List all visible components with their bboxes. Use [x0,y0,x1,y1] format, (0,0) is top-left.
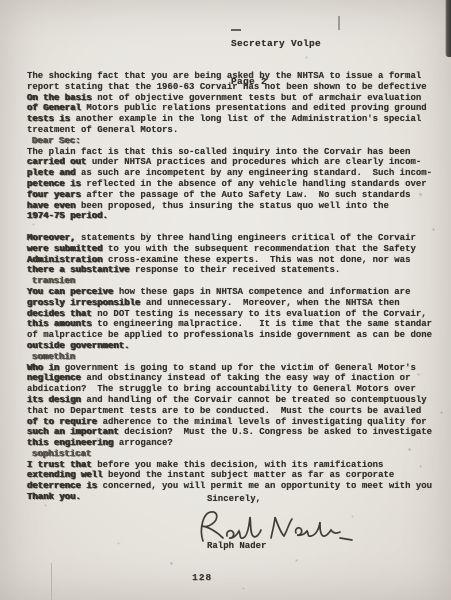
letter-line: Who in government is going to stand up f… [27,363,451,374]
closing-sincerely: Sincerely, [207,494,261,505]
letter-line: report stating that the 1960-63 Corvair … [27,82,451,93]
letter-line: its design and handling of the Corvair c… [27,395,451,406]
line-text: beyond the instant subject matter as far… [103,470,395,480]
ghost-line: somethin [32,352,451,363]
line-text: how these gaps in NHTSA competence and i… [113,287,410,297]
blank-line [27,222,451,233]
line-lead-overstrike: grossly irresponsible [27,298,140,308]
line-text: statements by three handling engineers c… [76,233,416,243]
line-lead-overstrike: extending well [27,470,103,480]
letter-line: were submitted to you with the subsequen… [27,244,451,255]
line-text: and obstinancy instead of taking the eas… [81,373,410,383]
letter-line: there a substantive response to their re… [27,265,451,276]
underline-mark [231,29,241,31]
line-text: report stating that the 1960-63 Corvair … [27,82,427,92]
line-lead-overstrike: of General [27,103,81,113]
line-text: treatment of General Motors. [27,125,178,135]
letter-line: this amounts to engineering malpractice.… [27,319,451,330]
scan-noise-specks [0,0,1,1]
line-text: and handling of the Corvair cannot be tr… [81,395,427,405]
line-lead-overstrike: this engineering [27,438,113,448]
letter-line: negligence and obstinancy instead of tak… [27,373,451,384]
line-text: to engineering malpractice. It is time t… [92,319,432,329]
letter-line: 1974-75 period. [27,211,451,222]
line-lead-overstrike: this amounts [27,319,92,329]
letter-line: plete and as such are incompetent by any… [27,168,451,179]
letter-line: You can perceive how these gaps in NHTSA… [27,287,451,298]
line-lead-overstrike: outside government. [27,341,130,351]
letter-line: On the basis not of objective government… [27,93,451,104]
line-text: not of objective government tests but of… [92,93,421,103]
line-text: cross-examine these experts. This was no… [103,255,411,265]
line-lead-overstrike: negligence [27,373,81,383]
line-text: to you with the subsequent recommendatio… [103,244,416,254]
header-recipient: Secretary Volpe [231,38,321,51]
letter-line: treatment of General Motors. [27,125,451,136]
letter-line: of to require adherence to the minimal l… [27,417,451,428]
letter-line: have even been proposed, thus insuring t… [27,201,451,212]
line-text: and unnecessary. Moreover, when the NHTS… [140,298,399,308]
letter-line: outside government. [27,341,451,352]
letter-line: decides that no DOT testing is necessary… [27,309,451,320]
line-lead-overstrike: Administration [27,255,103,265]
line-lead-overstrike: carried out [27,157,86,167]
ghost-line: Dear Sec: [32,136,451,147]
line-text: been proposed, thus insuring the status … [76,201,389,211]
line-lead-overstrike: plete and [27,168,76,178]
line-text: decision? Must the U.S. Congress be aske… [119,427,432,437]
ghost-line-text: sophisticat [32,449,91,459]
line-lead-overstrike: Thank you. [27,492,81,502]
stray-tick-mark [338,16,340,30]
ghost-line: transien [32,276,451,287]
line-lead-overstrike: four years [27,190,81,200]
line-lead-overstrike: I trust that [27,460,92,470]
letter-line: grossly irresponsible and unnecessary. M… [27,298,451,309]
line-lead-overstrike: tests is [27,114,70,124]
letter-line: carried out under NHTSA practices and pr… [27,157,451,168]
line-text: response to their received statements. [130,265,341,275]
paper-crease [51,563,52,600]
line-lead-overstrike: deterrence is [27,481,97,491]
letter-line: I trust that before you make this decisi… [27,460,451,471]
line-lead-overstrike: Moreover, [27,233,76,243]
letter-line: petence is reflected in the absence of a… [27,179,451,190]
letter-line: Moreover, statements by three handling e… [27,233,451,244]
line-text: The plain fact is that this so-called in… [27,147,410,157]
line-text: of malpractice be applied to professiona… [27,330,432,340]
line-lead-overstrike: such an important [27,427,119,437]
line-lead-overstrike: have even [27,201,76,211]
ghost-line-text: transien [32,276,75,286]
letter-line: extending well beyond the instant subjec… [27,470,451,481]
scanned-letter-page: Secretary Volpe Page 2 The shocking fact… [0,0,451,600]
letter-line: such an important decision? Must the U.S… [27,427,451,438]
letter-line: tests is another example in the long lis… [27,114,451,125]
letter-line: The shocking fact that you are being ask… [27,71,451,82]
ghost-line-text: Dear Sec: [32,136,81,146]
letter-line: abdication? The struggle to bring accoun… [27,384,451,395]
line-text: Motors public relations presentations an… [81,103,427,113]
line-lead-overstrike: 1974-75 period. [27,211,108,221]
line-lead-overstrike: petence is [27,179,81,189]
letter-line: that no Department tests are to be condu… [27,406,451,417]
line-text: before you make this decision, with its … [92,460,384,470]
line-text: that no Department tests are to be condu… [27,406,421,416]
line-text: adherence to the minimal levels of inves… [97,417,426,427]
letter-line: this engineering arrogance? [27,438,451,449]
letter-line: deterrence is concerned, you will permit… [27,481,451,492]
line-text: under NHTSA practices and procedures whi… [86,157,421,167]
letter-line: of General Motors public relations prese… [27,103,451,114]
line-lead-overstrike: there a substantive [27,265,130,275]
line-lead-overstrike: You can perceive [27,287,113,297]
line-lead-overstrike: Who in [27,363,59,373]
line-text: no DOT testing is necessary to its evalu… [92,309,427,319]
letter-line: The plain fact is that this so-called in… [27,147,451,158]
line-lead-overstrike: decides that [27,309,92,319]
scan-edge-artifact [445,0,451,57]
line-text: concerned, you will permit me an opportu… [97,481,432,491]
line-text: as such are incompetent by any engineeri… [76,168,432,178]
letter-lines: The shocking fact that you are being ask… [27,71,451,503]
line-text: abdication? The struggle to bring accoun… [27,384,416,394]
letter-line: four years after the passage of the Auto… [27,190,451,201]
typed-signature-name: Ralph Nader [207,541,266,552]
ghost-line: sophisticat [32,449,451,460]
line-text: reflected in the absence of any vehicle … [81,179,427,189]
line-lead-overstrike: On the basis [27,93,92,103]
line-text: after the passage of the Auto Safety Law… [81,190,410,200]
letter-line: Administration cross-examine these exper… [27,255,451,266]
line-text: arrogance? [113,438,172,448]
line-lead-overstrike: its design [27,395,81,405]
line-text: another example in the long list of the … [70,114,421,124]
letter-line: of malpractice be applied to professiona… [27,330,451,341]
page-number: 128 [192,572,212,583]
line-lead-overstrike: of to require [27,417,97,427]
line-lead-overstrike: were submitted [27,244,103,254]
line-text: government is going to stand up for the … [59,363,415,373]
ghost-line-text: somethin [32,352,75,362]
line-text: The shocking fact that you are being ask… [27,71,421,81]
